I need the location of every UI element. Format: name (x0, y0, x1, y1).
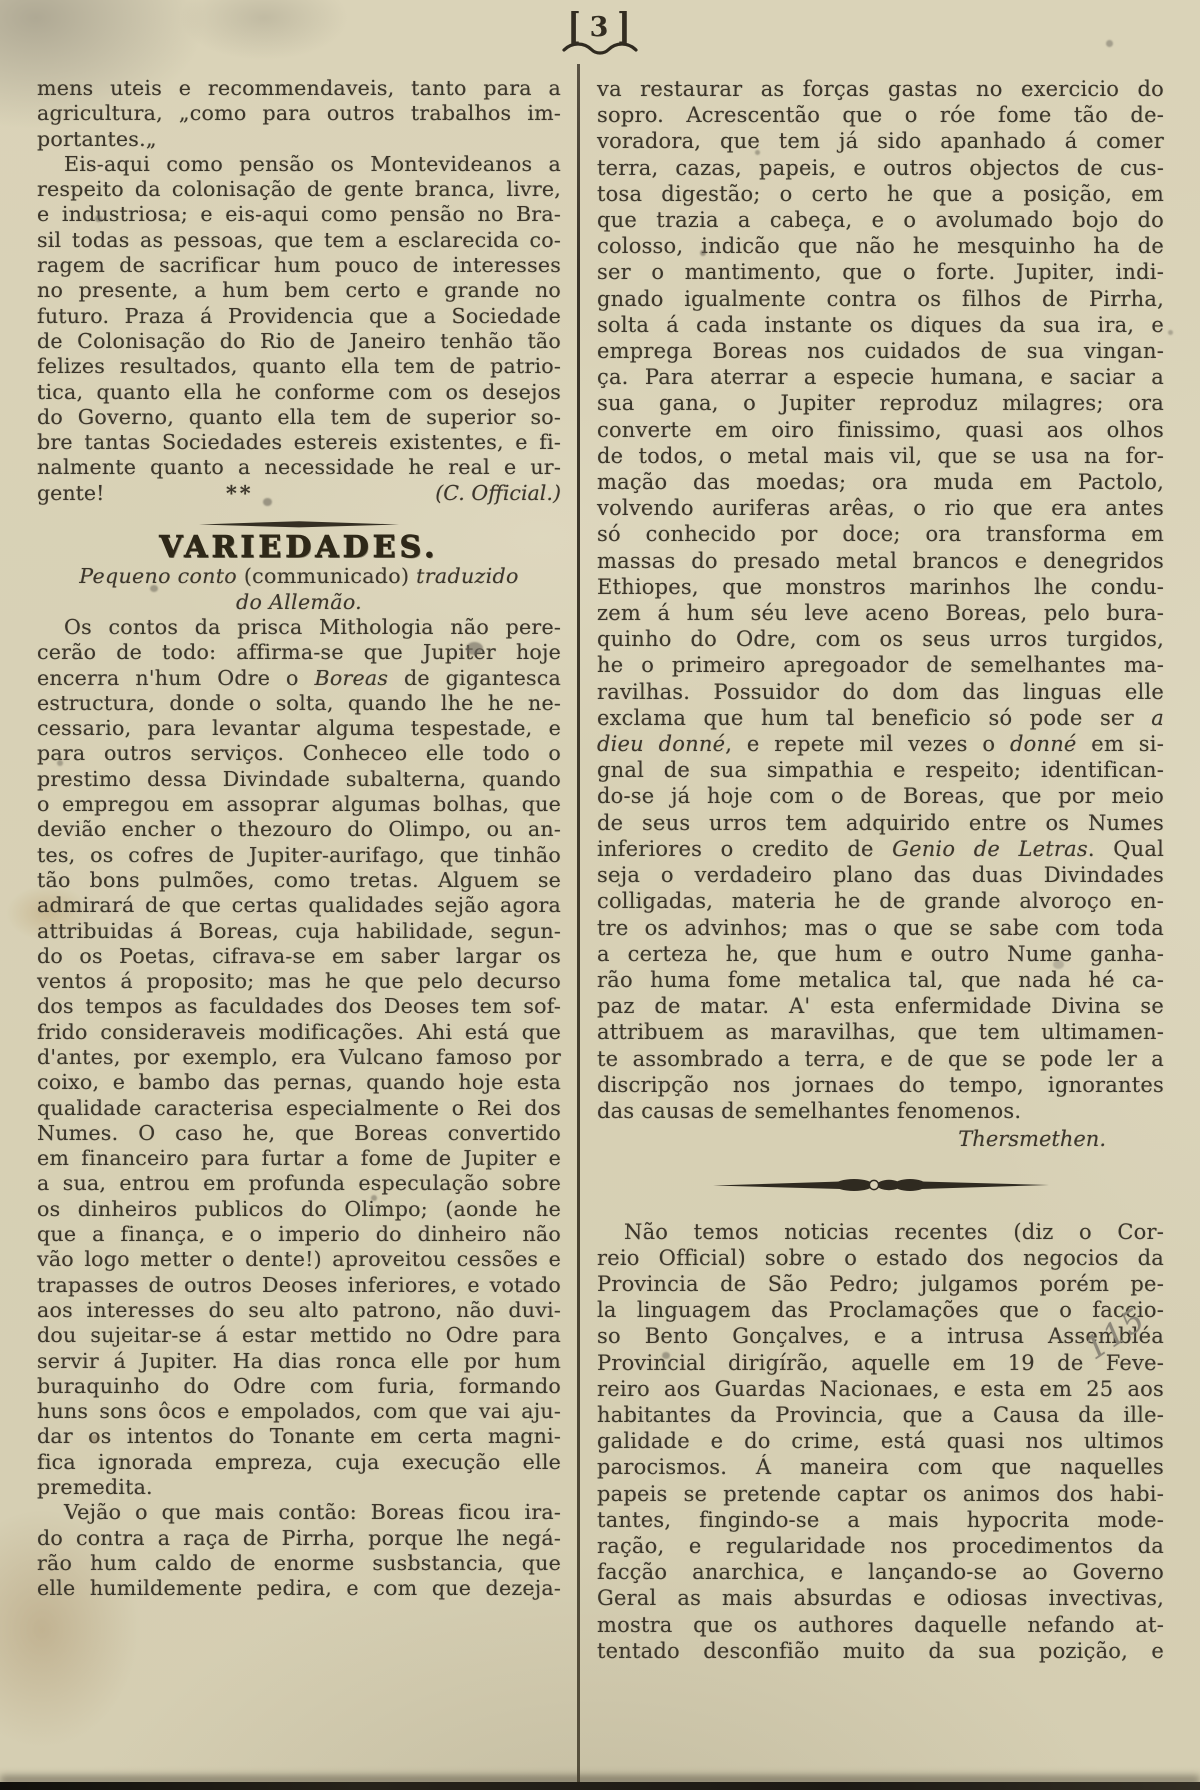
text-line: colligadas, materia he de grande alvoroç… (597, 888, 1164, 914)
text-line: servir á Jupiter. Ha dias ronca elle por… (37, 1349, 561, 1374)
text-line: qualidade caracterisa especialmente o Re… (37, 1096, 561, 1121)
text-line: seja o verdadeiro plano das duas Divinda… (597, 862, 1164, 888)
text-line: o empregou em assoprar algumas bolhas, q… (37, 792, 561, 817)
right-column: va restaurar as forças gastas no exercic… (597, 76, 1164, 1664)
text-line: attribuidas á Boreas, cuja habilidade, s… (37, 919, 561, 944)
text-line: das causas de semelhantes fenomenos. (597, 1098, 1164, 1124)
article-closing-line: gente! ** (C. Official.) (37, 481, 561, 506)
section-divider-ornament (711, 1176, 1051, 1194)
text-line: quinho do Odre, com os seus urros turgid… (597, 626, 1164, 652)
ink-speck (371, 1195, 377, 1201)
text-line: d'antes, por exemplo, era Vulcano famoso… (37, 1045, 561, 1070)
text-line: Vejão o que mais contão: Boreas ficou ir… (37, 1500, 561, 1525)
story-subtitle-line2: do Allemão. (37, 590, 561, 615)
text-line: ragem de sacrificar hum pouco de interes… (37, 253, 561, 278)
text-line: nalmente quanto a necessidade he real e … (37, 455, 561, 480)
text-line: ser o mantimento, que o forte. Jupiter, … (597, 259, 1164, 285)
column-divider-rule (577, 64, 580, 1784)
text-line: de todos, o metal mais vil, que se usa n… (597, 443, 1164, 469)
text-line: do-se já hoje com o de Boreas, que por m… (597, 783, 1164, 809)
text-line: coixo, e bambo das pernas, quando hoje e… (37, 1070, 561, 1095)
text-line: gnal de sua simpathia e respeito; identi… (597, 757, 1164, 783)
text-line: a certeza he, que hum e outro Nume ganha… (597, 941, 1164, 967)
text-line: agricultura, „como para outros trabalhos… (37, 101, 561, 126)
text-line: para outros serviços. Conheceo elle todo… (37, 741, 561, 766)
author-signature: Thersmethen. (597, 1126, 1164, 1152)
text-line: converte em oiro finissimo, quasi aos ol… (597, 417, 1164, 443)
text-line: premedita. (37, 1475, 561, 1500)
text-line: futuro. Praza á Providencia que a Socied… (37, 304, 561, 329)
closing-word: gente! (37, 481, 104, 506)
text-line: te assombrado a terra, e de que se pode … (597, 1046, 1164, 1072)
story-paragraph-1: Os contos da prisca Mithologia não pere-… (37, 615, 561, 1500)
text-line: reio Official) sobre o estado dos negoci… (597, 1245, 1164, 1271)
ink-speck (95, 215, 102, 222)
text-line: e industriosa; e eis-aqui como pensão no… (37, 202, 561, 227)
ink-speck (700, 250, 706, 256)
text-line: rão huma fome metalica tal, que nada hé … (597, 967, 1164, 993)
text-line: ça. Para aterrar a especie humana, e sac… (597, 364, 1164, 390)
text-line: tentado desconfião muito da sua pozição,… (597, 1638, 1164, 1664)
ink-speck (662, 1352, 670, 1359)
text-line: gnado igualmente contra os filhos de Pir… (597, 286, 1164, 312)
text-line: admirará de que certas qualidades sejão … (37, 893, 561, 918)
text-line: galidade e do crime, está quasi nos ulti… (597, 1428, 1164, 1454)
ink-speck (263, 498, 272, 506)
text-line: elle humildemente pedira, e com que deze… (37, 1576, 561, 1601)
text-line: ravilhas. Possuidor do dom das linguas e… (597, 679, 1164, 705)
ink-speck (1168, 330, 1173, 335)
section-heading-variedades: VARIEDADES. (37, 535, 561, 560)
text-line: tica, quanto ella he conforme com os des… (37, 380, 561, 405)
text-line: dou sujeitar-se á estar mettido no Odre … (37, 1323, 561, 1348)
text-line: facção anarchica, e lançando-se ao Gover… (597, 1559, 1164, 1585)
text-line: emprega Boreas nos cuidados de sua vinga… (597, 338, 1164, 364)
news-paragraph: Não temos noticias recentes (diz o Cor-r… (597, 1219, 1164, 1664)
text-line: zem á hum séu leve aceno Boreas, pelo bu… (597, 600, 1164, 626)
text-line: que trazia a cabeça, e o avolumado bojo … (597, 207, 1164, 233)
text-line: tantes, fingindo-se a mais hypocrita mod… (597, 1507, 1164, 1533)
ink-speck (90, 1435, 99, 1443)
section-rule (199, 520, 399, 529)
text-line: encerra n'hum Odre o Boreas de gigantesc… (37, 666, 561, 691)
text-line: tosa digestão; o certo he que a posição,… (597, 181, 1164, 207)
page-number: [3] (0, 12, 1200, 43)
text-line: paz de matar. A' esta enfermidade Divina… (597, 993, 1164, 1019)
text-line: trapasses de outros Deoses inferiores, e… (37, 1273, 561, 1298)
story-continuation: va restaurar as forças gastas no exercic… (597, 76, 1164, 1124)
text-line: va restaurar as forças gastas no exercic… (597, 76, 1164, 102)
text-line: no presente, a hum bem certo e grande no (37, 278, 561, 303)
text-line: Numes. O caso he, que Boreas convertido (37, 1121, 561, 1146)
ink-speck (755, 150, 760, 155)
text-line: em financeiro para furtar a fome de Jupi… (37, 1146, 561, 1171)
text-line: Provincial dirigírão, aquelle em 19 de F… (597, 1350, 1164, 1376)
text-line: ventos á proposito; mas he que pelo decu… (37, 969, 561, 994)
left-column: mens uteis e recommendaveis, tanto para … (37, 76, 561, 1602)
text-line: exclama que hum tal beneficio só pode se… (597, 705, 1164, 731)
text-line: dieu donné, e repete mil vezes o donné e… (597, 731, 1164, 757)
text-line: Geral as mais absurdas e odiosas invecti… (597, 1585, 1164, 1611)
text-line: prestimo dessa Divindade subalterna, qua… (37, 767, 561, 792)
text-line: frido consideraveis modificações. Ahi es… (37, 1020, 561, 1045)
article-end-lines: mens uteis e recommendaveis, tanto para … (37, 76, 561, 481)
text-line: inferiores o credito de Genio de Letras.… (597, 836, 1164, 862)
ink-speck (466, 642, 483, 655)
text-line: fica ignorada empreza, cuja execução ell… (37, 1450, 561, 1475)
story-subtitle-line1: Pequeno conto (communicado) traduzido (37, 564, 561, 589)
text-line: ração, e regularidade nos procedimentos … (597, 1533, 1164, 1559)
ink-speck (1106, 40, 1113, 47)
text-line: terra, cazas, papeis, e outros objectos … (597, 155, 1164, 181)
newspaper-page: [3] mens uteis e recommendaveis, tanto p… (0, 0, 1200, 1790)
text-line: Não temos noticias recentes (diz o Cor- (597, 1219, 1164, 1245)
text-line: do contra a raça de Pirrha, porque lhe n… (37, 1526, 561, 1551)
text-line: respeito da colonisação de gente branca,… (37, 177, 561, 202)
text-line: rão hum caldo de enorme susbstancia, que (37, 1551, 561, 1576)
text-line: colosso, indicão que não he mesquinho ha… (597, 233, 1164, 259)
text-line: estructura, donde o solta, quando lhe he… (37, 691, 561, 716)
text-line: que a finança, e o imperio do dinheiro n… (37, 1222, 561, 1247)
text-line: parocismos. Á maneira com que naquelles (597, 1454, 1164, 1480)
text-line: do Governo, quanto ella tem de superior … (37, 405, 561, 430)
text-line: de seus urros tem adquirido entre os Num… (597, 810, 1164, 836)
text-line: volvendo auriferas arêas, o rio que era … (597, 495, 1164, 521)
ink-speck (1053, 960, 1064, 969)
text-line: mação das moedas; ora muda em Pactolo, (597, 469, 1164, 495)
story-paragraph-2: Vejão o que mais contão: Boreas ficou ir… (37, 1500, 561, 1601)
text-line: devião encher o thezouro do Olimpo, ou a… (37, 817, 561, 842)
text-line: attribuem as maravilhas, que tem ultimam… (597, 1019, 1164, 1045)
scan-bottom-edge (0, 1782, 1200, 1790)
bracket-left: [ (561, 7, 590, 49)
text-line: cerão de todo: affirma-se que Jupiter ho… (37, 640, 561, 665)
text-line: tre os advinhos; mas o que se sabe com t… (597, 915, 1164, 941)
text-line: dos tempos as faculdades dos Deoses tem … (37, 994, 561, 1019)
text-line: os dinheiros publicos do Olimpo; (aonde … (37, 1197, 561, 1222)
text-line: de Colonisação do Rio de Janeiro tenhão … (37, 329, 561, 354)
asterisks-mark: ** (226, 481, 254, 506)
text-line: la linguagem das Proclamações que o facc… (597, 1297, 1164, 1323)
text-line: sopro. Acrescentão que o róe fome tão de… (597, 102, 1164, 128)
text-line: buraquinho do Odre com furia, formando (37, 1374, 561, 1399)
text-line: do os Poetas, cifrava-se em saber largar… (37, 944, 561, 969)
text-line: mostra que os authores daquelle nefando … (597, 1612, 1164, 1638)
text-line: Ethiopes, que monstros marinhos lhe cond… (597, 574, 1164, 600)
text-line: papeis se pretende captar os animos dos … (597, 1481, 1164, 1507)
text-line: massas do presado metal brancos e denegr… (597, 548, 1164, 574)
ornament-wrap (597, 1174, 1164, 1200)
text-line: sil todas as pessoas, que tem a esclarec… (37, 228, 561, 253)
source-credit: (C. Official.) (435, 481, 561, 506)
text-line: habitantes da Provincia, que a Causa da … (597, 1402, 1164, 1428)
text-line: vão logo metter o dente!) aproveitou ces… (37, 1247, 561, 1272)
text-line: aos interesses do seu alto patrono, não … (37, 1298, 561, 1323)
ink-speck (57, 760, 63, 766)
text-line: voradora, que tem já sido apanhado á com… (597, 128, 1164, 154)
text-line: huns sons ôcos e empolados, com que vai … (37, 1399, 561, 1424)
text-line: Os contos da prisca Mithologia não pere- (37, 615, 561, 640)
text-line: tão bons pulmões, como tretas. Alguem se (37, 868, 561, 893)
ink-speck (150, 585, 158, 592)
text-line: portantes.„ (37, 127, 561, 152)
text-line: felizes resultados, quanto ella tem de p… (37, 354, 561, 379)
text-line: solta á cada instante os diques da sua i… (597, 312, 1164, 338)
text-line: tes, os cofres de Jupiter-aurifago, que … (37, 843, 561, 868)
text-line: mens uteis e recommendaveis, tanto para … (37, 76, 561, 101)
text-line: Provincia de São Pedro; julgamos porém p… (597, 1271, 1164, 1297)
text-line: cessario, para levantar alguma tespestad… (37, 716, 561, 741)
text-line: bre tantas Sociedades estereis existente… (37, 430, 561, 455)
text-line: reiro aos Guardas Nacionaes, e esta em 2… (597, 1376, 1164, 1402)
text-line: dar os intentos do Tonante em certa magn… (37, 1424, 561, 1449)
text-line: a sua, entrou em profunda especulação so… (37, 1171, 561, 1196)
text-line: Eis-aqui como pensão os Montevideanos a (37, 152, 561, 177)
page-header: [3] (0, 12, 1200, 57)
bracket-right: ] (610, 7, 639, 49)
text-line: só conhecido por doce; ora transforma em (597, 521, 1164, 547)
text-line: he o primeiro apregoador de semelhantes … (597, 652, 1164, 678)
text-line: discripção nos jornaes do tempo, ignoran… (597, 1072, 1164, 1098)
text-line: sua gana, o Jupiter reproduz milagres; o… (597, 390, 1164, 416)
